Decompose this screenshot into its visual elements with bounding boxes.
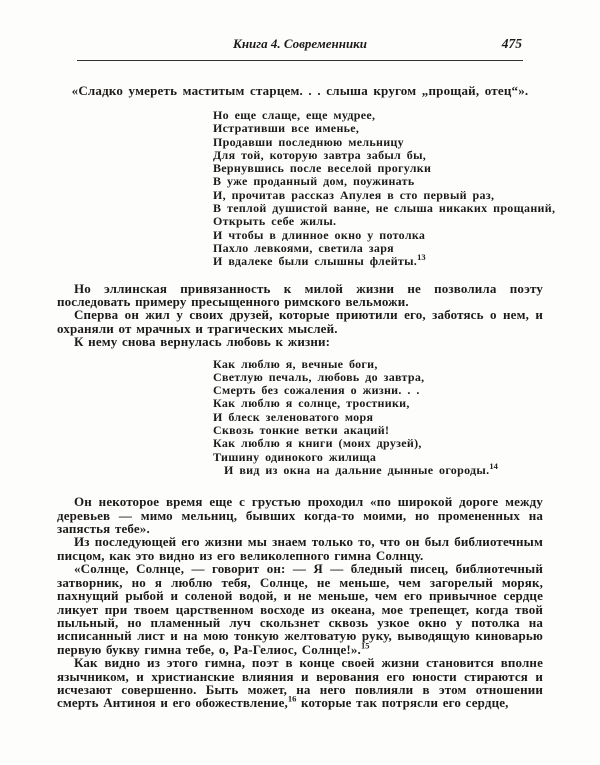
poem-line: Как люблю я, вечные боги, [213,358,600,371]
poem-line: Вернувшись после веселой прогулки [213,162,600,175]
poem-line: И вид из окна на дальние дынные огороды.… [213,464,600,477]
paragraph-text: «Солнце, Солнце, — говорит он: — Я — бле… [57,561,543,656]
poem-line: Как люблю я книги (моих друзей), [213,437,600,450]
paragraph: Сперва он жил у своих друзей, которые пр… [57,308,543,335]
poem-block-1: Но еще слаще, еще мудрее, Истративши все… [213,109,600,269]
poem-line: Продавши последнюю мельницу [213,136,600,149]
poem-line-text: И вид из окна на дальние дынные огороды. [224,463,489,477]
paragraph: Но эллинская привязанность к милой жизни… [57,282,543,309]
paragraph: Как видно из этого гимна, поэт в конце с… [57,656,543,710]
poem-line: Истративши все именье, [213,122,600,135]
prose-section-2: Он некоторое время еще с грустью проходи… [57,495,543,710]
poem-line: И чтобы в длинное окно у потолка [213,229,600,242]
paragraph: Из последующей его жизни мы знаем только… [57,535,543,562]
page-number: 475 [502,36,522,51]
paragraph: Он некоторое время еще с грустью проходи… [57,495,543,535]
poem-line: В теплой душистой ванне, не слыша никаки… [213,202,600,215]
running-title: Книга 4. Современники [233,36,367,51]
footnote-marker: 15 [361,640,370,650]
poem-line: Как люблю я солнце, тростники, [213,397,600,410]
poem-block-2: Как люблю я, вечные боги, Светлую печаль… [213,358,600,478]
paragraph-text: которые так потрясли его сердце, [296,695,508,710]
poem-line: Но еще слаще, еще мудрее, [213,109,600,122]
footnote-marker: 13 [417,252,426,262]
poem-line: И, прочитав рассказ Апулея в сто первый … [213,189,600,202]
poem-line: Открыть себе жилы. [213,215,600,228]
poem-line-text: И вдалеке были слышны флейты. [213,254,417,268]
poem-line: И блеск зеленоватого моря [213,411,600,424]
poem-line: Смерть без сожаления о жизни. . . [213,384,600,397]
poem-line: В уже проданный дом, поужинать [213,175,600,188]
poem-line: Сквозь тонкие ветки акаций! [213,424,600,437]
prose-section-1: Но эллинская привязанность к милой жизни… [57,282,543,349]
book-page: Книга 4. Современники 475 «Сладко умерет… [0,0,600,765]
poem-line: Светлую печаль, любовь до завтра, [213,371,600,384]
page-header: Книга 4. Современники 475 [77,36,523,61]
poem-line: Для той, которую завтра забыл бы, [213,149,600,162]
epigraph-quote: «Сладко умереть маститым старцем. . . сл… [0,83,600,98]
poem-line: И вдалеке были слышны флейты.13 [213,255,600,268]
paragraph: «Солнце, Солнце, — говорит он: — Я — бле… [57,562,543,656]
footnote-marker: 14 [489,461,498,471]
poem-line: Тишину одинокого жилища [213,451,600,464]
paragraph: К нему снова вернулась любовь к жизни: [57,335,543,348]
